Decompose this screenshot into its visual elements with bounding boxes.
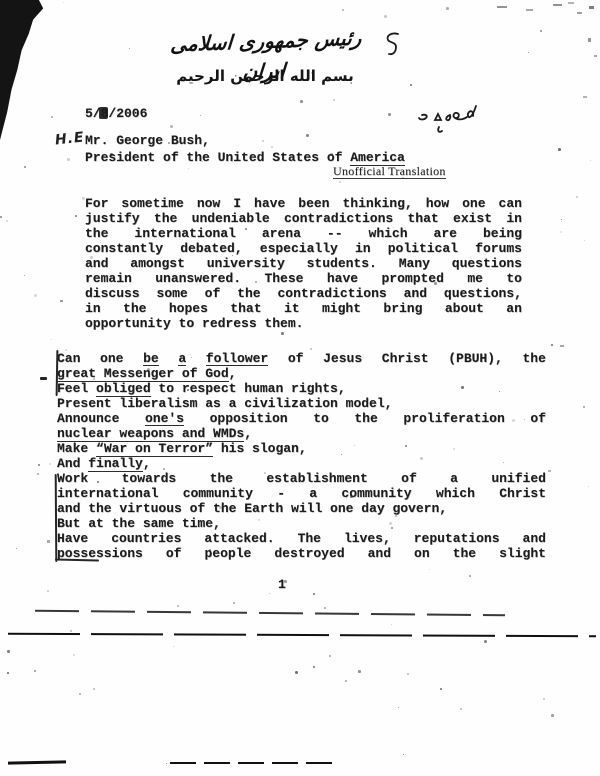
scan-noise-dot	[166, 763, 167, 764]
scan-noise-dot	[333, 99, 335, 101]
scan-noise-dot	[75, 215, 77, 217]
scan-noise-dot	[7, 672, 9, 674]
scan-noise-dot	[79, 693, 81, 695]
scan-noise-dot	[342, 9, 344, 11]
scan-noise-dot	[558, 148, 561, 151]
scan-noise-dash	[60, 300, 63, 302]
text-line: justifytheundeniablecontradictionsthatex…	[85, 211, 522, 226]
scan-noise-dot	[345, 680, 347, 682]
scan-noise-dot	[24, 166, 26, 168]
scan-noise-dash	[589, 6, 594, 9]
ink-blot	[99, 107, 108, 119]
scan-noise-dot	[403, 754, 404, 755]
scan-noise-dash	[594, 55, 597, 57]
text-line: Worktowardstheestablishmentofaunified	[57, 471, 546, 486]
scanned-letter-page: رئیس جمهوری اسلامی ایران بسم الله الرحمن…	[0, 0, 600, 776]
letter-date: 5/8/2006	[85, 106, 147, 121]
scan-noise-dot	[540, 554, 542, 556]
scan-noise-dot	[168, 142, 170, 144]
text-line: Havecountriesattacked.Thelives,reputatio…	[57, 531, 546, 546]
scan-noise-dot	[65, 349, 67, 351]
scan-noise-dot	[339, 181, 341, 183]
scan-noise-dot	[388, 113, 391, 116]
scan-noise-dot	[103, 633, 105, 635]
text-line: discusssomeofthecontradictionsandquestio…	[85, 286, 522, 301]
scan-noise-dot	[70, 630, 72, 632]
scan-noise-dot	[51, 339, 52, 340]
scan-noise-dot	[350, 495, 353, 498]
scan-noise-dot	[0, 216, 2, 218]
scan-noise-dot	[528, 52, 529, 53]
text-line: inthehopesthatitmightbringaboutan	[85, 301, 522, 316]
scan-noise-dot	[163, 468, 165, 470]
scan-noise-dot	[310, 348, 312, 350]
scan-noise-dot	[67, 158, 70, 161]
scan-noise-dot	[34, 670, 36, 672]
scan-noise-dash	[540, 30, 542, 32]
handwritten-he-prefix: H.E	[54, 129, 85, 148]
scan-noise-dot	[413, 293, 415, 295]
recipient-block: Mr. George Bush, President of the United…	[85, 133, 405, 167]
scan-noise-dot	[358, 670, 361, 673]
scan-noise-dot	[16, 548, 17, 549]
recipient-name: Mr. George Bush,	[85, 133, 405, 150]
scan-noise-dot	[170, 125, 173, 128]
scan-noise-dot	[147, 368, 150, 371]
scan-noise-dot	[469, 575, 471, 577]
scan-noise-dot	[73, 654, 75, 656]
scan-noise-dot	[384, 15, 387, 18]
scan-noise-dash	[588, 38, 591, 42]
scan-noise-dot	[51, 116, 53, 118]
scan-noise-dot	[407, 673, 409, 675]
text-line: But at the same time,	[57, 516, 546, 531]
scan-noise-dot	[551, 714, 554, 717]
scan-noise-dot	[440, 688, 442, 690]
scan-noise-dot	[7, 650, 10, 653]
rhetorical-list-paragraph: CanonebeafollowerofJesusChrist(PBUH),the…	[57, 351, 546, 561]
text-line: And finally,	[57, 456, 546, 471]
scan-noise-dot	[512, 419, 515, 422]
scan-noise-dot	[63, 2, 64, 3]
scan-noise-dot	[391, 624, 392, 625]
scan-line-artifact	[170, 762, 337, 764]
scan-noise-dash	[583, 96, 587, 98]
scan-noise-dash	[560, 345, 564, 347]
text-line: Announceone'soppositiontotheproliferatio…	[57, 411, 546, 426]
scan-noise-dot	[24, 275, 25, 276]
scan-noise-dot	[551, 344, 553, 346]
scan-noise-dash	[577, 12, 582, 14]
handwritten-squiggle-icon	[383, 31, 403, 59]
scan-line-artifact	[8, 760, 66, 764]
scan-noise-dot	[129, 48, 130, 49]
scan-noise-dot	[560, 231, 562, 233]
scan-noise-dot	[461, 386, 464, 389]
scan-noise-dot	[429, 569, 430, 570]
text-line: theinternationalarena--whicharebeing	[85, 226, 522, 241]
text-line: great Messenger of God,	[57, 366, 546, 381]
text-line: possessionsofpeopledestroyedandontheslig…	[57, 546, 546, 561]
text-line: Present liberalism as a civilization mod…	[57, 396, 546, 411]
pen-hook-mark	[55, 559, 99, 562]
scan-noise-dot	[90, 256, 93, 259]
scan-noise-dot	[6, 220, 8, 222]
text-line: ForsometimenowIhavebeenthinking,howoneca…	[85, 196, 522, 211]
scan-noise-dot	[398, 707, 399, 708]
text-line: remainunanswered.Thesehavepromptedmeto	[85, 271, 522, 286]
scan-noise-dot	[284, 580, 287, 583]
scan-noise-dot	[584, 240, 585, 241]
scan-noise-dot	[543, 698, 545, 700]
scan-noise-dot	[434, 282, 437, 285]
scan-noise-dot	[233, 602, 235, 604]
scan-noise-dot	[313, 666, 315, 668]
handwritten-arabic-note-icon	[414, 100, 480, 138]
scan-noise-dash	[548, 470, 551, 472]
scan-noise-dot	[93, 688, 95, 690]
opening-paragraph: ForsometimenowIhavebeenthinking,howoneca…	[85, 196, 522, 331]
scan-noise-dot	[583, 406, 585, 408]
text-line: andamongstuniversitystudents.Manyquestio…	[85, 256, 522, 271]
scan-noise-dot	[49, 463, 51, 465]
unofficial-translation-label: Unofficial Translation	[333, 164, 446, 179]
scan-noise-dot	[173, 646, 174, 647]
scan-noise-dot	[389, 522, 392, 525]
text-line: nuclear weapons and WMDs,	[57, 426, 546, 441]
scan-noise-dot	[588, 486, 589, 487]
text-line: constantlydebated,especiallyinpoliticalf…	[85, 241, 522, 256]
scan-noise-dot	[200, 115, 201, 116]
text-line: CanonebeafollowerofJesusChrist(PBUH),the	[57, 351, 546, 366]
scan-noise-dot	[110, 153, 113, 156]
bismillah-line: بسم الله الرحمن الرحیم	[160, 66, 370, 86]
pen-tick-mark	[40, 377, 47, 380]
scan-noise-dot	[37, 473, 39, 475]
scan-noise-dash	[553, 4, 562, 6]
text-line: and the virtuous of the Earth will one d…	[57, 501, 546, 516]
text-line: Feel obliged to respect human rights,	[57, 381, 546, 396]
text-line: Make “War on Terror” his slogan,	[57, 441, 546, 456]
scan-noise-dot	[188, 168, 189, 169]
scan-noise-dot	[410, 84, 412, 86]
scan-noise-dash	[47, 540, 50, 543]
scan-noise-dot	[146, 389, 147, 390]
scan-noise-dot	[34, 294, 37, 297]
scan-noise-dot	[576, 196, 578, 198]
scan-noise-dot	[177, 605, 179, 607]
scan-noise-dot	[295, 671, 298, 674]
scan-noise-dot	[561, 219, 562, 220]
scan-noise-dot	[269, 593, 270, 594]
scan-noise-dot	[219, 506, 222, 509]
scan-noise-dot	[324, 607, 326, 609]
text-line: opportunity to redress them.	[85, 316, 522, 331]
scan-noise-dot	[484, 640, 487, 643]
scan-noise-dot	[329, 655, 331, 657]
scan-noise-dot	[93, 378, 95, 380]
scan-noise-dot	[38, 464, 40, 466]
scan-noise-dot	[420, 457, 423, 460]
scan-noise-dot	[300, 100, 303, 103]
scan-noise-dot	[281, 332, 284, 335]
scan-noise-dot	[313, 593, 315, 595]
scan-noise-dash	[497, 6, 507, 8]
scan-noise-dot	[47, 590, 49, 592]
scan-noise-dash	[568, 2, 574, 4]
scan-line-artifact	[8, 633, 596, 638]
scan-noise-dash	[526, 9, 533, 11]
scan-noise-dot	[82, 197, 85, 200]
scan-noise-dot	[249, 82, 250, 83]
scan-noise-dot	[330, 153, 333, 156]
scan-noise-dot	[306, 134, 309, 137]
scan-noise-dot	[460, 708, 462, 710]
text-line: internationalcommunity-acommunitywhichCh…	[57, 486, 546, 501]
scan-line-artifact	[35, 610, 505, 617]
scan-noise-dot	[446, 7, 449, 10]
scan-smudge-top-left	[0, 0, 72, 140]
scan-noise-dot	[590, 160, 591, 161]
